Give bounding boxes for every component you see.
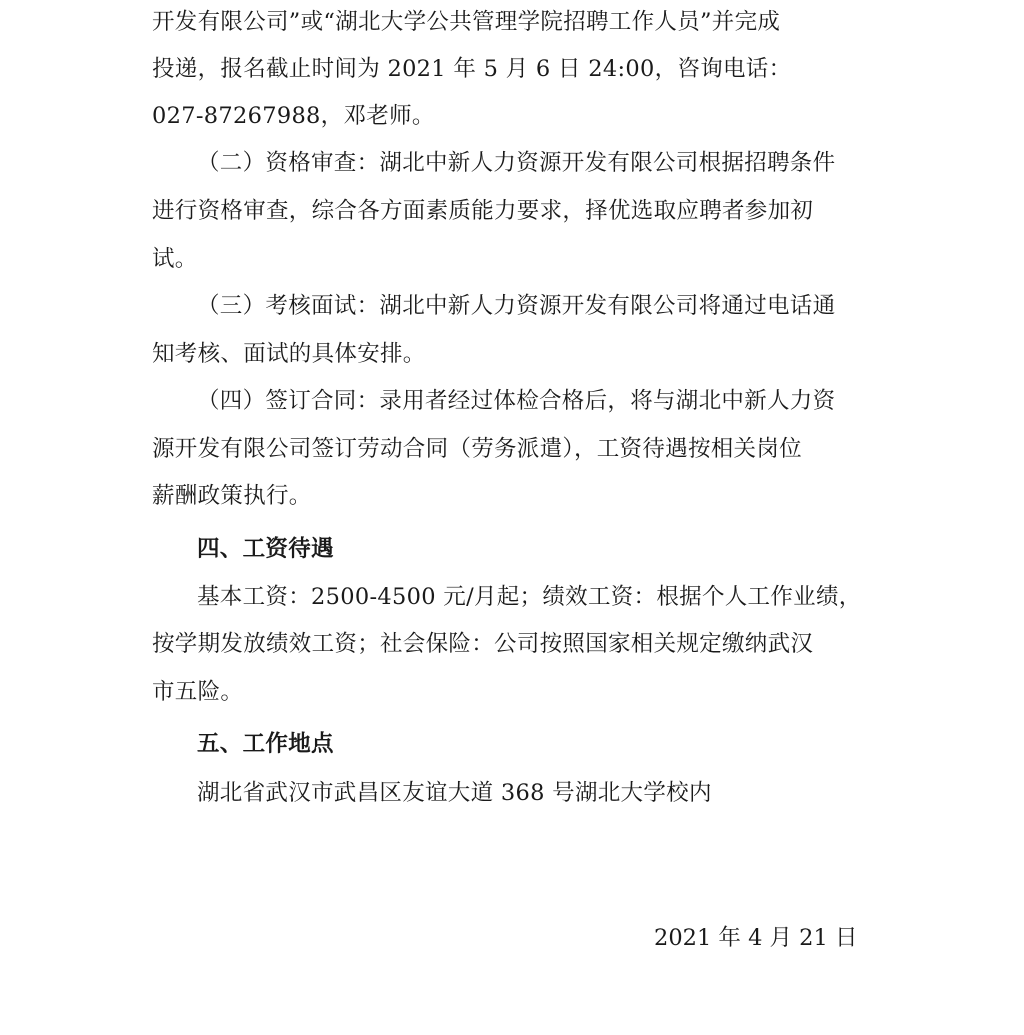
- paragraph-line: 开发有限公司”或“湖北大学公共管理学院招聘工作人员”并完成: [152, 7, 780, 37]
- paragraph-line: 薪酬政策执行。: [152, 481, 312, 511]
- paragraph-line: 进行资格审查，综合各方面素质能力要求，择优选取应聘者参加初: [152, 196, 813, 226]
- paragraph-line: 基本工资：2500-4500 元/月起；绩效工资：根据个人工作业绩，: [197, 582, 862, 612]
- paragraph-line: （二）资格审查：湖北中新人力资源开发有限公司根据招聘条件: [197, 148, 835, 178]
- paragraph-line: 湖北省武汉市武昌区友谊大道 368 号湖北大学校内: [197, 778, 712, 808]
- paragraph-line: 源开发有限公司签订劳动合同（劳务派遣），工资待遇按相关岗位: [152, 434, 802, 464]
- section-heading: 四、工资待遇: [197, 534, 334, 564]
- paragraph-line: 投递，报名截止时间为 2021 年 5 月 6 日 24:00，咨询电话：: [152, 54, 791, 84]
- paragraph-line: 按学期发放绩效工资；社会保险：公司按照国家相关规定缴纳武汉: [152, 629, 813, 659]
- paragraph-line: （四）签订合同：录用者经过体检合格后，将与湖北中新人力资: [197, 386, 835, 416]
- document-date: 2021 年 4 月 21 日: [654, 923, 857, 953]
- paragraph-line: 市五险。: [152, 677, 243, 707]
- section-heading: 五、工作地点: [197, 729, 334, 759]
- paragraph-line: （三）考核面试：湖北中新人力资源开发有限公司将通过电话通: [197, 291, 835, 321]
- paragraph-line: 知考核、面试的具体安排。: [152, 339, 426, 369]
- paragraph-line: 027-87267988，邓老师。: [152, 101, 435, 131]
- paragraph-line: 试。: [152, 244, 198, 274]
